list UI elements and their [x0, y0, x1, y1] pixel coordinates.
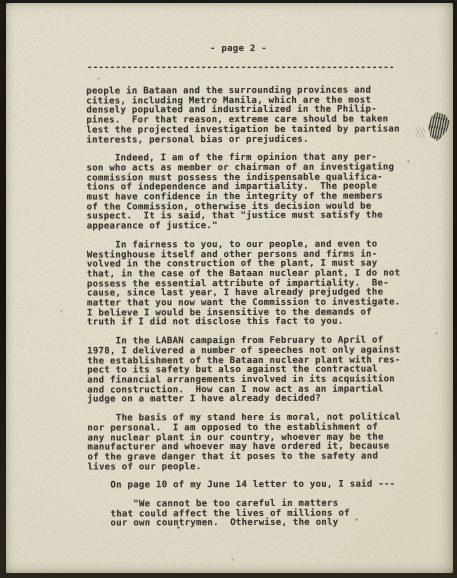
- scanned-page: - page 2 - -----------------------------…: [0, 0, 457, 578]
- page-number-header: - page 2 -: [15, 45, 457, 55]
- letter-body: people in Bataan and the surrounding pro…: [86, 86, 401, 529]
- line-june-14-reference: On page 10 of my June 14 letter to you, …: [88, 481, 401, 492]
- paragraph-impartiality-disclosure: In fairness to you, to our people, and e…: [87, 240, 401, 328]
- paragraph-moral-basis: The basis of my stand here is moral, not…: [87, 414, 401, 473]
- paragraph-commission-qualifications: Indeed, I am of the firm opinion that an…: [86, 154, 400, 233]
- paper-specks: [6, 3, 7, 4]
- ink-scribble-artifact: [413, 124, 429, 140]
- separator-dashes: ----------------------------------------…: [87, 64, 395, 74]
- paper: - page 2 - -----------------------------…: [6, 3, 453, 573]
- blockquote-june-14-letter: "We cannot be too careful in matters tha…: [88, 499, 402, 529]
- paragraph-laban-campaign: In the LABAN campaign from February to A…: [87, 337, 401, 406]
- paragraph-bataan-provinces: people in Bataan and the surrounding pro…: [86, 86, 400, 145]
- ink-smudge-artifact: [423, 110, 451, 142]
